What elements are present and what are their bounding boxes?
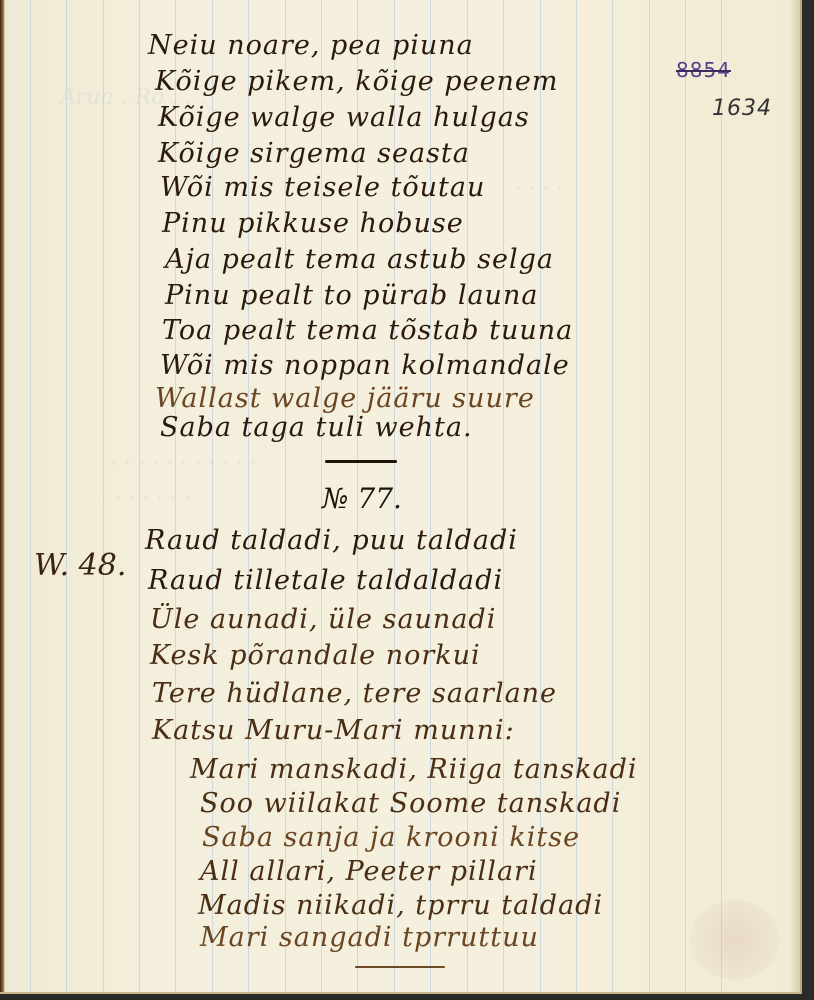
verse-line: Neiu noare, pea piuna <box>148 30 474 61</box>
binding-edge <box>0 0 5 992</box>
verse-line: Kõige pikem, kõige peenem <box>155 66 559 97</box>
paper-stain <box>690 900 780 980</box>
verse-line: Mari sangadi tprruttuu <box>200 922 539 953</box>
verse-line: Kõige sirgema seasta <box>158 138 470 169</box>
verse-line: Tere hüdlane, tere saarlane <box>152 678 557 709</box>
verse-line: Aja pealt tema astub selga <box>165 244 554 275</box>
verse-line: Raud tilletale taldaldadi <box>148 565 503 596</box>
verse-line: Wallast walge jääru suure <box>155 383 535 414</box>
archive-number-new: 1634 <box>712 96 772 121</box>
ruled-line <box>649 0 650 992</box>
song-number-heading: № 77. <box>322 482 402 515</box>
bleed-through-text: . . . . . . . <box>100 480 191 505</box>
verse-line: Katsu Muru-Mari munni: <box>152 715 515 746</box>
section-divider <box>355 966 445 968</box>
verse-line: Pinu pealt to pürab launa <box>165 280 538 311</box>
verse-line: Pinu pikkuse hobuse <box>162 208 464 239</box>
verse-line: Soo wiilakat Soome tanskadi <box>200 788 621 819</box>
verse-line: Raud taldadi, puu taldadi <box>145 525 518 556</box>
verse-line: Üle aunadi, üle saunadi <box>150 604 496 635</box>
verse-line: Kõige walge walla hulgas <box>158 102 530 133</box>
verse-line: Wõi mis teisele tõutau <box>160 172 485 203</box>
section-divider <box>325 460 397 463</box>
archive-number-old: 8854 <box>676 58 731 82</box>
ruled-line <box>685 0 686 992</box>
verse-line: Saba taga tuli wehta. <box>160 412 473 443</box>
margin-reference: W. 48. <box>34 548 126 583</box>
ruled-line <box>721 0 722 992</box>
verse-line: Toa pealt tema tõstab tuuna <box>162 315 573 346</box>
verse-line: Wõi mis noppan kolmandale <box>160 350 570 381</box>
verse-line: Saba sanja ja krooni kitse <box>202 822 580 853</box>
bleed-through-text: . . . . . . . . . . . <box>110 445 257 470</box>
verse-line: Madis niikadi, tprru taldadi <box>198 890 603 921</box>
page-edge <box>790 0 800 992</box>
verse-line: Mari manskadi, Riiga tanskadi <box>190 754 638 785</box>
verse-line: All allari, Peeter pillari <box>200 856 538 887</box>
ruled-line <box>612 0 613 992</box>
ruled-line <box>66 0 67 992</box>
verse-line: Kesk põrandale norkui <box>150 640 481 671</box>
ruled-line <box>30 0 31 992</box>
bleed-through-text: . . . . . <box>500 170 563 195</box>
manuscript-page: Arua . Ro . . . . . . . . . . . . . . . … <box>0 0 802 994</box>
